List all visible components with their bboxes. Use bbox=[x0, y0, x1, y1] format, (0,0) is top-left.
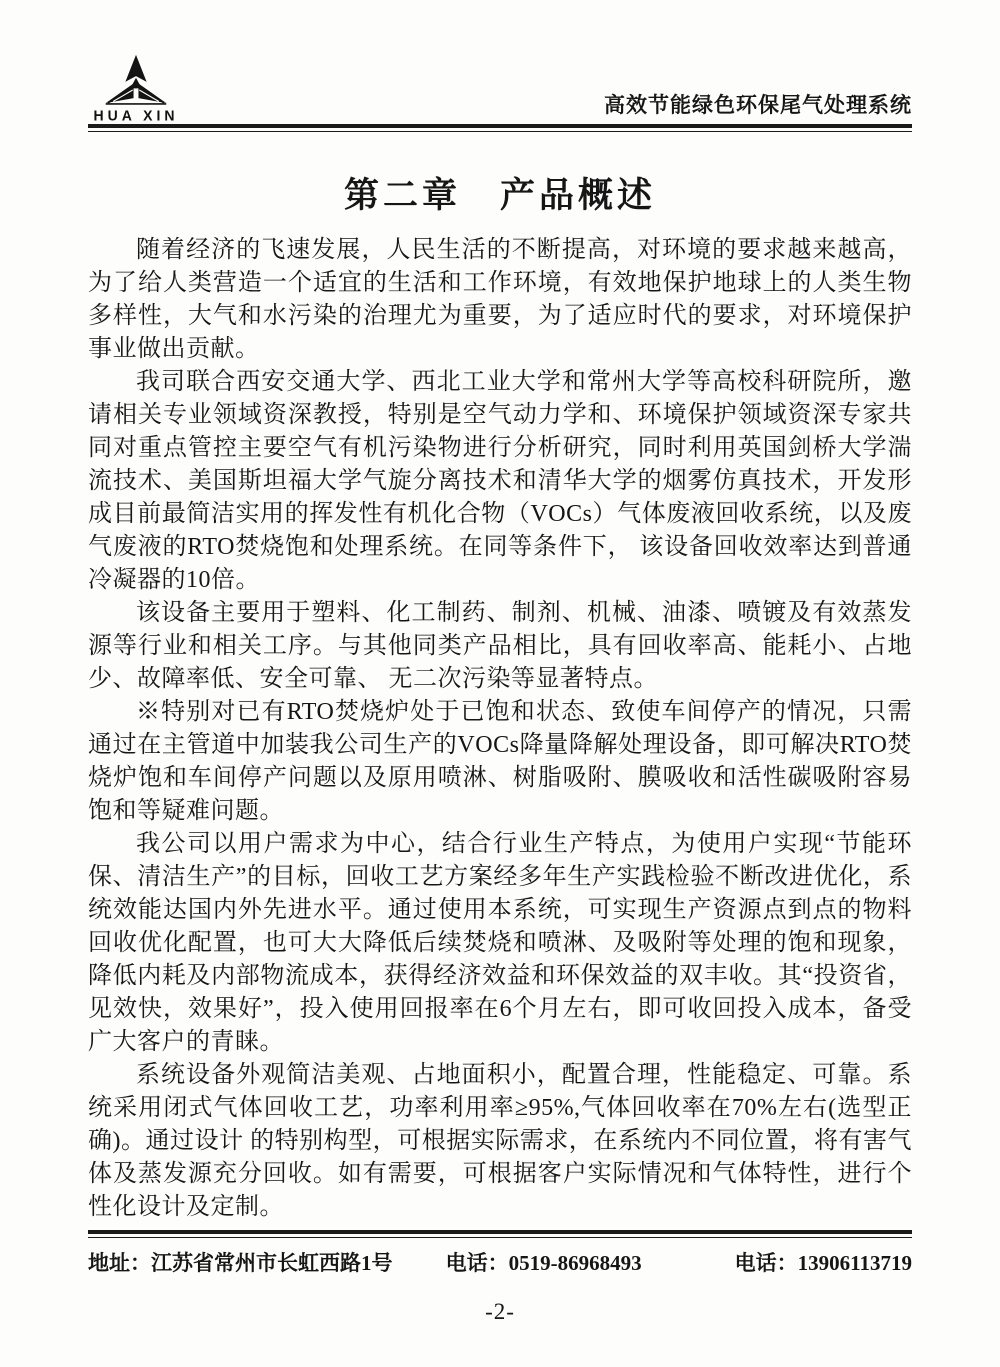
paragraph-2: 我司联合西安交通大学、西北工业大学和常州大学等高校科研院所，邀请相关专业领域资深… bbox=[88, 366, 912, 597]
page-header: HUA XIN 高效节能绿色环保尾气处理系统 bbox=[88, 50, 912, 122]
page-footer: 地址：江苏省常州市长虹西路1号 电话：0519-86968493 电话：1390… bbox=[88, 1228, 912, 1325]
footer-contact-row: 地址：江苏省常州市长虹西路1号 电话：0519-86968493 电话：1390… bbox=[88, 1247, 912, 1277]
document-body: 随着经济的飞速发展，人民生活的不断提高，对环境的要求越来越高，为了给人类营造一个… bbox=[88, 234, 912, 1224]
footer-phone-2: 电话：13906113719 bbox=[735, 1247, 912, 1277]
header-slogan: 高效节能绿色环保尾气处理系统 bbox=[604, 89, 912, 122]
footer-rule bbox=[88, 1230, 912, 1238]
paragraph-4: ※特别对已有RTO焚烧炉处于已饱和状态、致使车间停产的情况，只需通过在主管道中加… bbox=[88, 696, 912, 828]
paragraph-3: 该设备主要用于塑料、化工制药、制剂、机械、油漆、喷镀及有效蒸发源等行业和相关工序… bbox=[88, 597, 912, 696]
paragraph-1: 随着经济的飞速发展，人民生活的不断提高，对环境的要求越来越高，为了给人类营造一个… bbox=[88, 234, 912, 366]
logo-mark-icon bbox=[103, 54, 169, 108]
company-logo: HUA XIN bbox=[88, 54, 184, 122]
paragraph-6: 系统设备外观简洁美观、占地面积小，配置合理，性能稳定、可靠。系统采用闭式气体回收… bbox=[88, 1059, 912, 1224]
chapter-title: 第二章 产品概述 bbox=[88, 168, 912, 218]
paragraph-5: 我公司以用户需求为中心，结合行业生产特点，为使用户实现“节能环保、清洁生产”的目… bbox=[88, 828, 912, 1059]
footer-address: 地址：江苏省常州市长虹西路1号 bbox=[88, 1247, 393, 1277]
page-number: -2- bbox=[88, 1299, 912, 1325]
logo-text: HUA XIN bbox=[93, 108, 178, 123]
header-rule bbox=[88, 124, 912, 132]
document-page: HUA XIN 高效节能绿色环保尾气处理系统 第二章 产品概述 随着经济的飞速发… bbox=[0, 0, 1000, 1367]
footer-phone-1: 电话：0519-86968493 bbox=[446, 1247, 642, 1277]
